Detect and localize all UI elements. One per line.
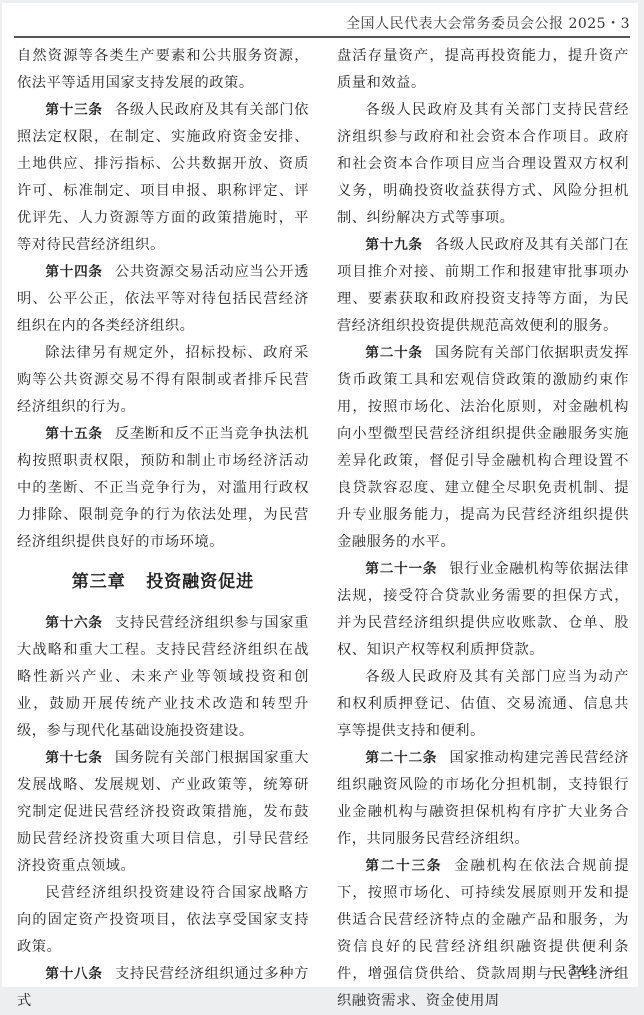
article-number: 第二十二条	[365, 750, 437, 766]
article-paragraph: 第十三条各级人民政府及其有关部门依照法定权限，在制定、实施政府资金安排、土地供应…	[17, 97, 309, 259]
article-number: 第二十条	[365, 345, 422, 361]
article-number: 第二十三条	[365, 858, 442, 874]
chapter-title: 投资融资促进	[146, 572, 254, 592]
page-number: — 341 —	[547, 963, 618, 979]
article-number: 第十五条	[45, 426, 102, 442]
paragraph-text: 民营经济组织投资建设符合国家战略方向的固定资产投资项目，依法享受国家支持政策。	[17, 885, 309, 955]
right-column: 盘活存量资产，提高再投资能力，提升资产质量和效益。各级人民政府及其有关部门支持民…	[337, 43, 629, 990]
chapter-number: 第三章	[72, 572, 126, 592]
article-paragraph: 第二十一条银行业金融机构等依据法律法规，接受符合贷款业务需要的担保方式，并为民营…	[337, 556, 629, 664]
paragraph-text: 各级人民政府及其有关部门依照法定权限，在制定、实施政府资金安排、土地供应、排污指…	[17, 102, 309, 253]
article-paragraph: 第十六条支持民营经济组织参与国家重大战略和重大工程。支持民营经济组织在战略性新兴…	[17, 610, 309, 745]
article-paragraph: 第十八条支持民营经济组织通过多种方式	[17, 961, 309, 990]
article-paragraph: 第二十条国务院有关部门依据职责发挥货币政策工具和宏观信贷政策的激励约束作用，按照…	[337, 340, 629, 556]
paragraph-text: 反垄断和反不正当竞争执法机构按照职责权限，预防和制止市场经济活动中的垄断、不正当…	[17, 426, 309, 550]
body-paragraph: 盘活存量资产，提高再投资能力，提升资产质量和效益。	[337, 43, 629, 97]
article-number: 第二十一条	[365, 561, 437, 577]
paragraph-text: 各级人民政府及其有关部门支持民营经济组织参与政府和社会资本合作项目。政府和社会资…	[337, 102, 629, 226]
article-paragraph: 第十九条各级人民政府及其有关部门在项目推介对接、前期工作和报建审批事项办理、要素…	[337, 232, 629, 340]
header-rule	[14, 36, 630, 38]
paragraph-text: 国务院有关部门根据国家重大发展战略、发展规划、产业政策等，统筹研究制定促进民营经…	[17, 750, 309, 874]
left-paragraphs-after: 第十六条支持民营经济组织参与国家重大战略和重大工程。支持民营经济组织在战略性新兴…	[17, 610, 309, 990]
paragraph-text: 各级人民政府及其有关部门应当为动产和权利质押登记、估值、交易流通、信息共享等提供…	[337, 669, 629, 739]
paragraph-text: 盘活存量资产，提高再投资能力，提升资产质量和效益。	[337, 48, 629, 91]
right-paragraphs: 盘活存量资产，提高再投资能力，提升资产质量和效益。各级人民政府及其有关部门支持民…	[337, 43, 629, 990]
article-number: 第十三条	[45, 102, 102, 118]
chapter-heading: 第三章投资融资促进	[17, 569, 309, 596]
article-number: 第十七条	[45, 750, 102, 766]
running-head: 全国人民代表大会常务委员会公报 2025・3	[346, 13, 630, 33]
body-paragraph: 各级人民政府及其有关部门支持民营经济组织参与政府和社会资本合作项目。政府和社会资…	[337, 97, 629, 232]
body-paragraph: 自然资源等各类生产要素和公共服务资源，依法平等适用国家支持发展的政策。	[17, 43, 309, 97]
article-paragraph: 第二十二条国家推动构建完善民营经济组织融资风险的市场化分担机制，支持银行业金融机…	[337, 745, 629, 853]
left-column: 自然资源等各类生产要素和公共服务资源，依法平等适用国家支持发展的政策。第十三条各…	[17, 43, 309, 990]
article-number: 第十八条	[45, 966, 102, 982]
body-paragraph: 民营经济组织投资建设符合国家战略方向的固定资产投资项目，依法享受国家支持政策。	[17, 880, 309, 961]
article-number: 第十四条	[45, 264, 102, 280]
document-page: 全国人民代表大会常务委员会公报 2025・3 自然资源等各类生产要素和公共服务资…	[2, 3, 638, 987]
article-number: 第十九条	[365, 237, 422, 253]
article-number: 第十六条	[45, 615, 102, 631]
paragraph-text: 支持民营经济组织参与国家重大战略和重大工程。支持民营经济组织在战略性新兴产业、未…	[17, 615, 309, 739]
body-paragraph: 除法律另有规定外，招标投标、政府采购等公共资源交易不得有限制或者排斥民营经济组织…	[17, 340, 309, 421]
article-paragraph: 第十七条国务院有关部门根据国家重大发展战略、发展规划、产业政策等，统筹研究制定促…	[17, 745, 309, 880]
paragraph-text: 国务院有关部门依据职责发挥货币政策工具和宏观信贷政策的激励约束作用，按照市场化、…	[337, 345, 629, 550]
left-paragraphs: 自然资源等各类生产要素和公共服务资源，依法平等适用国家支持发展的政策。第十三条各…	[17, 43, 309, 556]
paragraph-text: 自然资源等各类生产要素和公共服务资源，依法平等适用国家支持发展的政策。	[17, 48, 309, 91]
article-paragraph: 第十四条公共资源交易活动应当公开透明、公平公正，依法平等对待包括民营经济组织在内…	[17, 259, 309, 340]
paragraph-text: 除法律另有规定外，招标投标、政府采购等公共资源交易不得有限制或者排斥民营经济组织…	[17, 345, 309, 415]
article-paragraph: 第十五条反垄断和反不正当竞争执法机构按照职责权限，预防和制止市场经济活动中的垄断…	[17, 421, 309, 556]
body-paragraph: 各级人民政府及其有关部门应当为动产和权利质押登记、估值、交易流通、信息共享等提供…	[337, 664, 629, 745]
